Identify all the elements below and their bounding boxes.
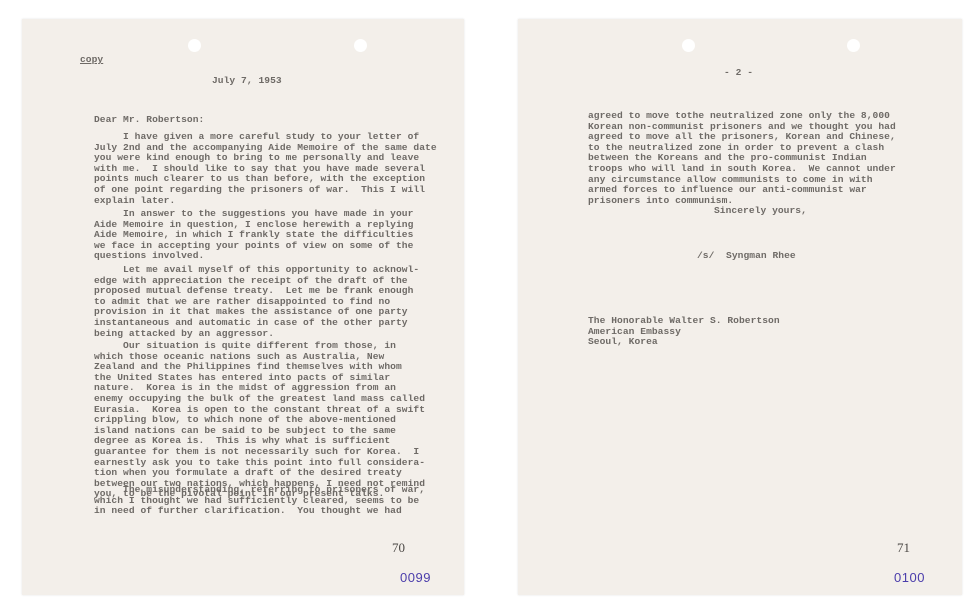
- punch-hole: [847, 39, 860, 52]
- text-line: enemy occupying the bulk of the greatest…: [94, 394, 425, 405]
- document-page-1: copy July 7, 1953 Dear Mr. Robertson: I …: [22, 19, 464, 595]
- page-header: - 2 -: [724, 68, 753, 79]
- text-line: Let me avail myself of this opportunity …: [94, 265, 419, 276]
- paragraph-5: The misunderstanding, referring to priso…: [94, 485, 425, 517]
- page-number: 70: [392, 540, 405, 556]
- text-line: of one point regarding the prisoners of …: [94, 185, 437, 196]
- paragraph-2: In answer to the suggestions you have ma…: [94, 209, 413, 262]
- punch-hole: [354, 39, 367, 52]
- text-line: The misunderstanding, referring to priso…: [94, 485, 425, 496]
- text-line: explain later.: [94, 196, 437, 207]
- paragraph-4: Our situation is quite different from th…: [94, 341, 425, 500]
- address-line: Seoul, Korea: [588, 337, 780, 348]
- address-line: The Honorable Walter S. Robertson: [588, 316, 780, 327]
- text-line: In answer to the suggestions you have ma…: [94, 209, 413, 220]
- letter-date: July 7, 1953: [212, 76, 282, 87]
- text-line: guarantee for them is not necessarily su…: [94, 447, 425, 458]
- stamp-number: 0100: [894, 570, 925, 585]
- text-line: I have given a more careful study to you…: [94, 132, 437, 143]
- text-line: Our situation is quite different from th…: [94, 341, 425, 352]
- stamp-number: 0099: [400, 570, 431, 585]
- text-line: instantaneous and automatic in case of t…: [94, 318, 419, 329]
- document-page-2: - 2 - agreed to move tothe neutralized z…: [518, 19, 962, 595]
- paragraph-1: I have given a more careful study to you…: [94, 132, 437, 206]
- text-line: being attacked by an aggressor.: [94, 329, 419, 340]
- paragraph-continued: agreed to move tothe neutralized zone on…: [588, 111, 896, 206]
- text-line: questions involved.: [94, 251, 413, 262]
- paragraph-3: Let me avail myself of this opportunity …: [94, 265, 419, 339]
- text-line: in need of further clarification. You th…: [94, 506, 425, 517]
- text-line: agreed to move tothe neutralized zone on…: [588, 111, 896, 122]
- signature: /s/ Syngman Rhee: [697, 251, 796, 262]
- punch-hole: [682, 39, 695, 52]
- text-line: troops who will land in south Korea. We …: [588, 164, 896, 175]
- copy-label: copy: [80, 55, 103, 66]
- page-number: 71: [897, 540, 910, 556]
- salutation: Dear Mr. Robertson:: [94, 115, 204, 126]
- recipient-address: The Honorable Walter S. Robertson Americ…: [588, 316, 780, 348]
- punch-hole: [188, 39, 201, 52]
- closing: Sincerely yours,: [714, 206, 807, 217]
